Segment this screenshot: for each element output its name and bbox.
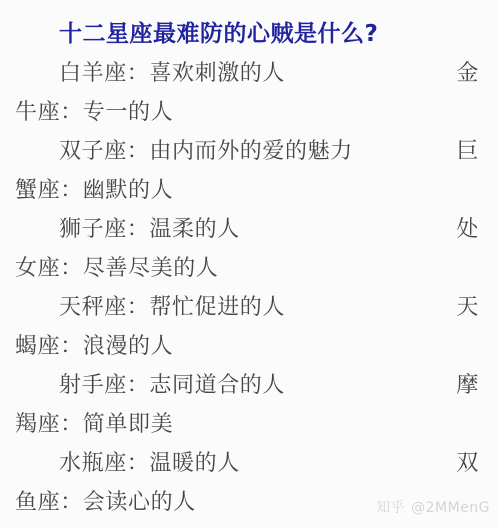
watermark-handle: @2MMenG bbox=[411, 500, 490, 516]
zodiac-line: 白羊座：喜欢刺激的人 金 bbox=[15, 54, 479, 93]
page-title: 十二星座最难防的心贼是什么? bbox=[59, 20, 378, 48]
zodiac-line-wrap-char: 金 bbox=[456, 54, 479, 93]
zodiac-line: 蝎座：浪漫的人 bbox=[15, 327, 479, 366]
zodiac-line: 牛座：专一的人 bbox=[15, 93, 479, 132]
zodiac-text-image: 十二星座最难防的心贼是什么? 白羊座：喜欢刺激的人 金 牛座：专一的人 双子座：… bbox=[0, 0, 499, 528]
zodiac-line-wrap-char: 处 bbox=[456, 210, 479, 249]
watermark-site: 知乎 bbox=[376, 500, 405, 516]
zodiac-line-wrap-char: 巨 bbox=[456, 132, 479, 171]
zodiac-line-text: 狮子座：温柔的人 bbox=[59, 210, 240, 249]
zodiac-line: 射手座：志同道合的人 摩 bbox=[15, 366, 479, 405]
zodiac-line-text: 白羊座：喜欢刺激的人 bbox=[59, 54, 285, 93]
zodiac-line-text: 鱼座：会读心的人 bbox=[15, 483, 196, 522]
zodiac-line: 羯座：简单即美 bbox=[15, 405, 479, 444]
zodiac-line-wrap-char: 摩 bbox=[456, 366, 479, 405]
watermark: 知乎@2MMenG bbox=[376, 497, 490, 517]
zodiac-line-text: 蟹座：幽默的人 bbox=[15, 171, 173, 210]
zodiac-line: 水瓶座：温暖的人 双 bbox=[15, 444, 479, 483]
zodiac-line-text: 女座：尽善尽美的人 bbox=[15, 249, 218, 288]
zodiac-line-wrap-char: 双 bbox=[456, 444, 479, 483]
zodiac-line: 双子座：由内而外的爱的魅力 巨 bbox=[15, 132, 479, 171]
zodiac-line-text: 射手座：志同道合的人 bbox=[59, 366, 285, 405]
zodiac-line-text: 羯座：简单即美 bbox=[15, 405, 173, 444]
zodiac-line: 狮子座：温柔的人 处 bbox=[15, 210, 479, 249]
zodiac-line-text: 水瓶座：温暖的人 bbox=[59, 444, 240, 483]
zodiac-line: 天秤座：帮忙促进的人 天 bbox=[15, 288, 479, 327]
zodiac-line-text: 天秤座：帮忙促进的人 bbox=[59, 288, 285, 327]
zodiac-line-text: 双子座：由内而外的爱的魅力 bbox=[59, 132, 353, 171]
zodiac-line-wrap-char: 天 bbox=[456, 288, 479, 327]
zodiac-text-block: 白羊座：喜欢刺激的人 金 牛座：专一的人 双子座：由内而外的爱的魅力 巨 蟹座：… bbox=[15, 54, 479, 522]
zodiac-line-text: 蝎座：浪漫的人 bbox=[15, 327, 173, 366]
zodiac-line: 女座：尽善尽美的人 bbox=[15, 249, 479, 288]
zodiac-line-text: 牛座：专一的人 bbox=[15, 93, 173, 132]
zodiac-line: 蟹座：幽默的人 bbox=[15, 171, 479, 210]
